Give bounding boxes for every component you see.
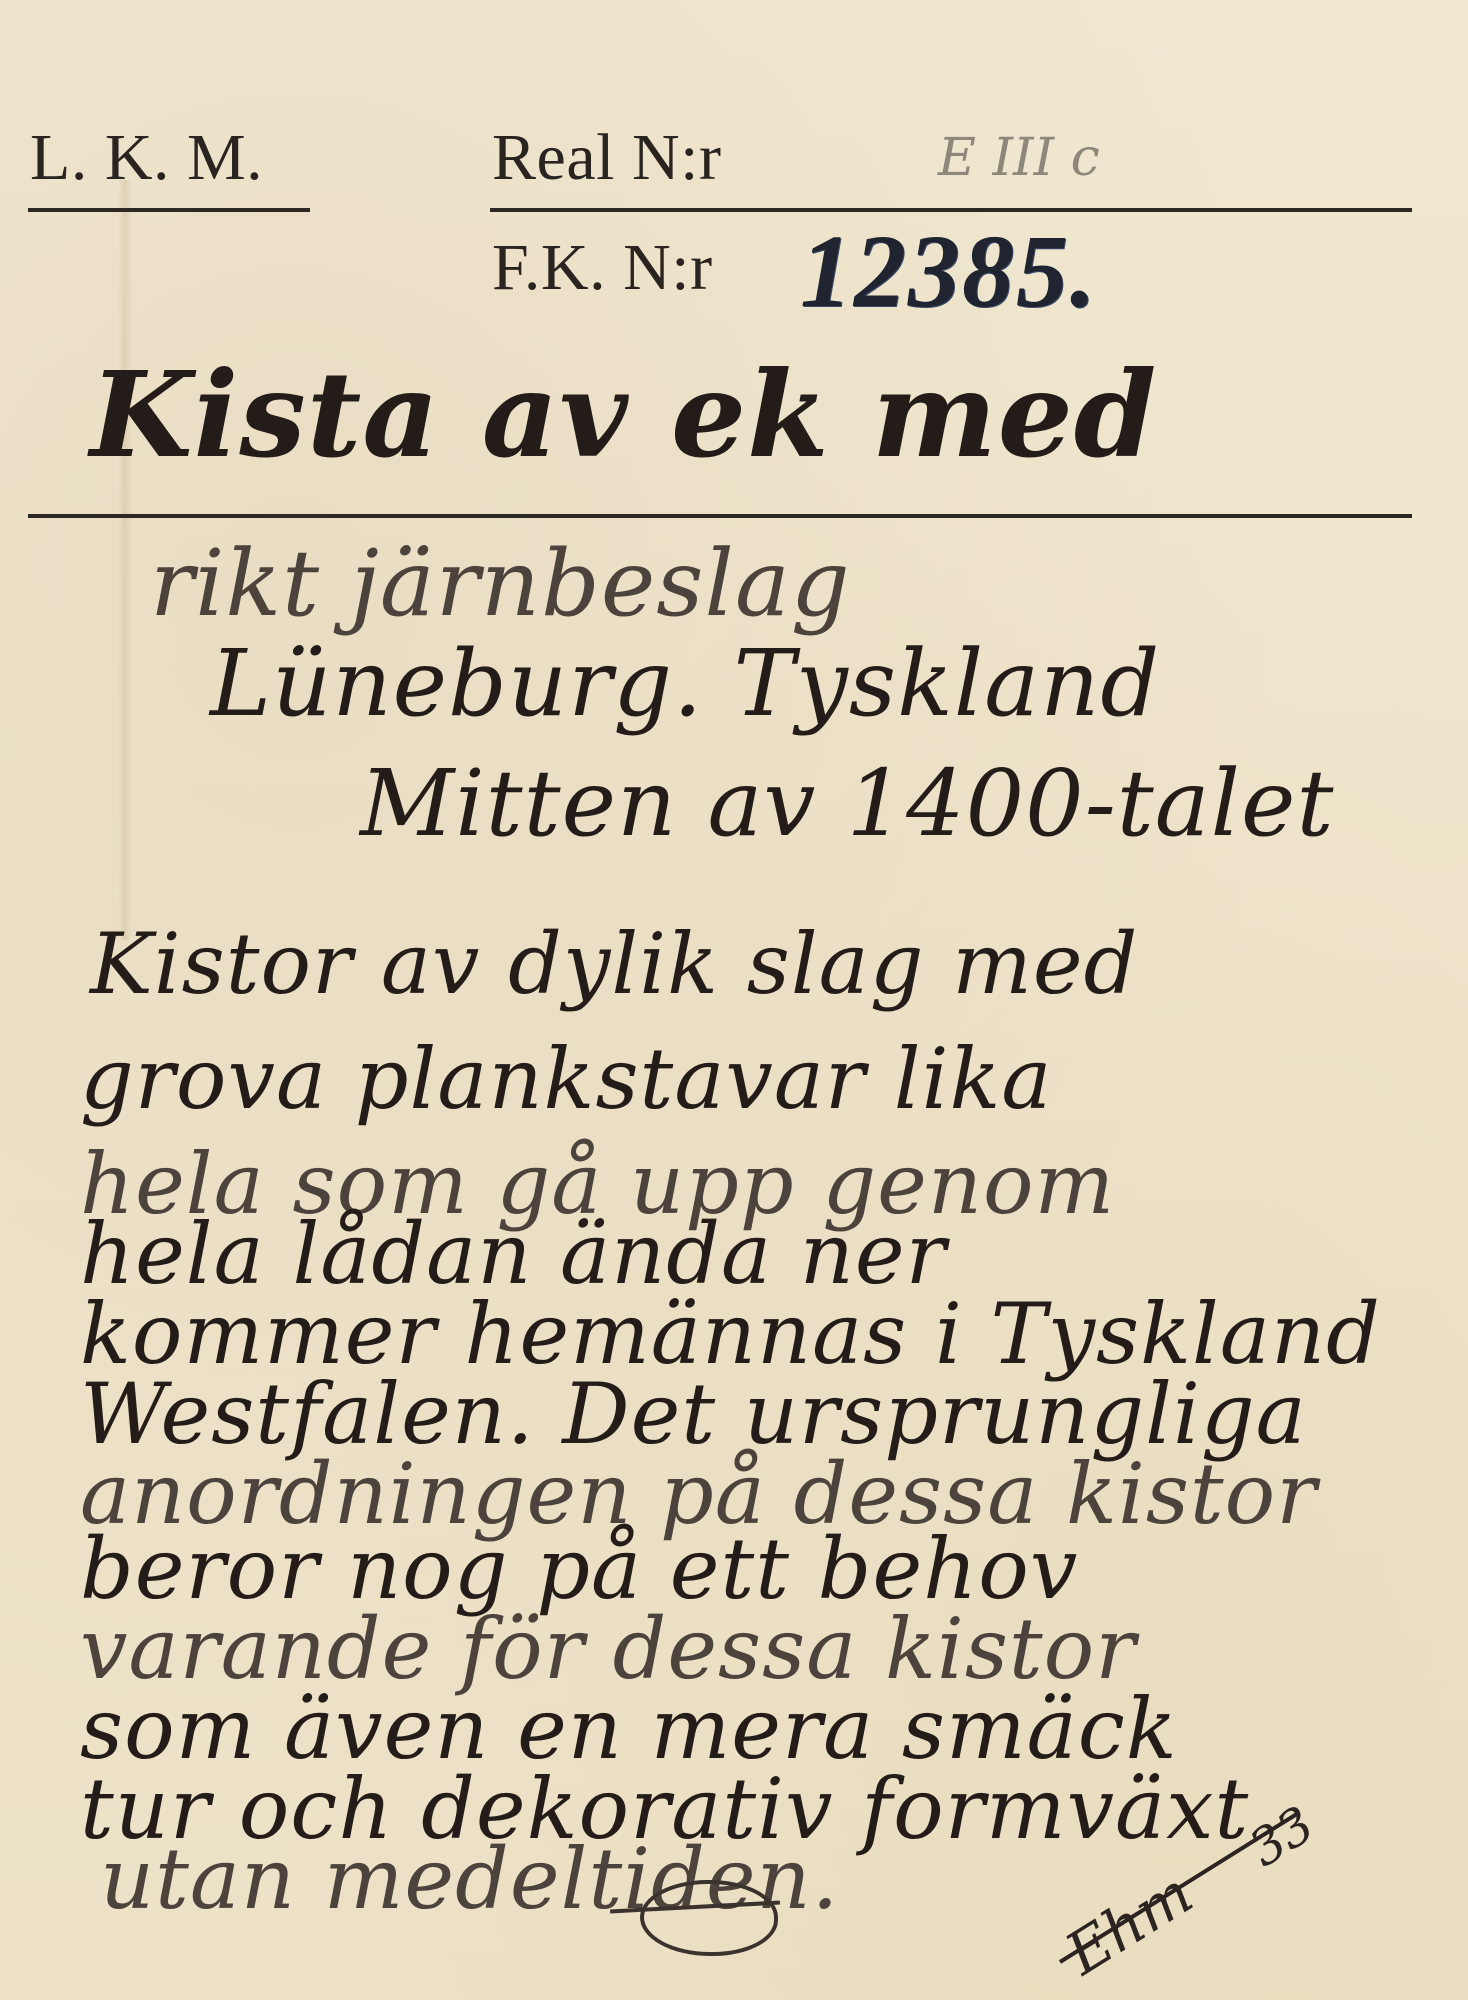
subtitle-line-1: rikt järnbeslag [150, 530, 851, 637]
title-rule [28, 514, 1412, 518]
signature-initials: Ehm [1054, 1859, 1204, 1988]
subtitle-line-2: Lüneburg. Tyskland [210, 630, 1160, 737]
subtitle-line-3: Mitten av 1400-talet [360, 750, 1334, 857]
paper-fold-mark [118, 180, 132, 940]
real-number-label: Real N:r [492, 120, 721, 196]
object-title: Kista av ek med [90, 345, 1157, 484]
scribble-mark-icon [640, 1880, 778, 1956]
fk-number-label: F.K. N:r [492, 230, 713, 306]
body-line-2: grova plankstavar lika [80, 1030, 1053, 1128]
signature-year: 33 [1239, 1795, 1324, 1878]
institution-label: L. K. M. [30, 120, 263, 196]
header-rule-left [28, 208, 310, 212]
catalogue-card: L. K. M. Real N:r E III c F.K. N:r 12385… [0, 0, 1468, 2000]
real-number-value: E III c [938, 128, 1100, 188]
fk-number-value: 12385. [800, 212, 1098, 331]
body-line-1: Kistor av dylik slag med [90, 915, 1138, 1013]
